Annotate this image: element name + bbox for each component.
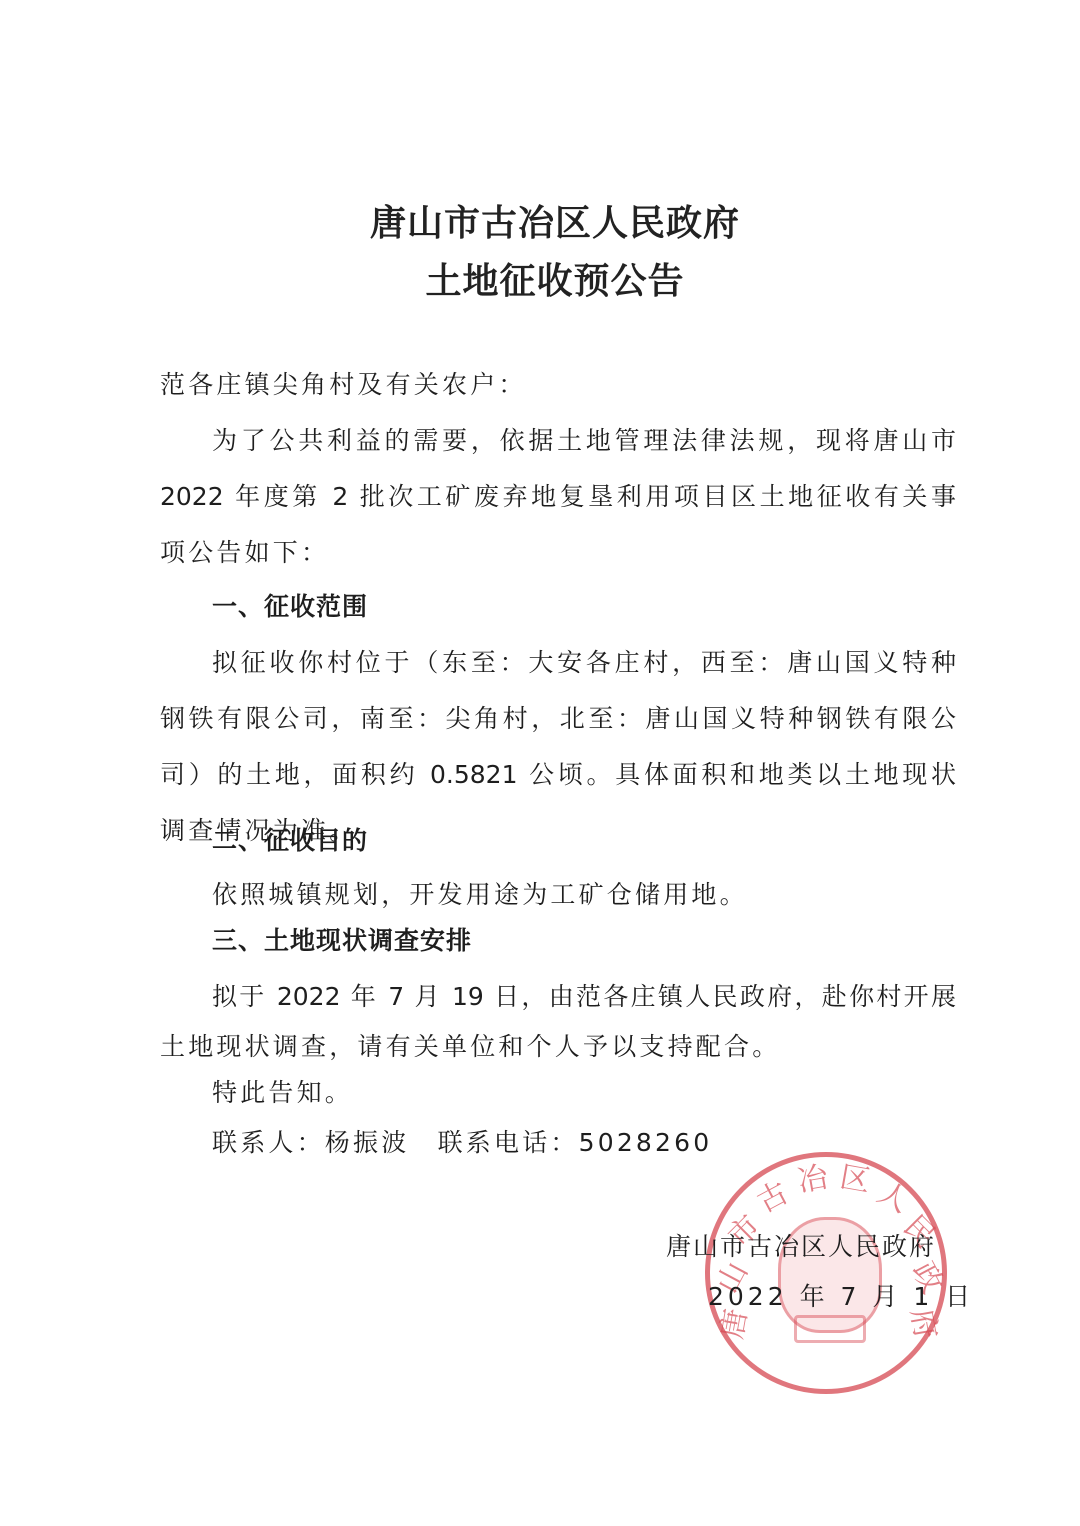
section-3-heading: 三、土地现状调查安排 — [212, 926, 1012, 956]
seal-char: 古 — [750, 1175, 796, 1221]
addressee: 范各庄镇尖角村及有关农户： — [160, 370, 960, 400]
signature-date: 2022 年 7 月 1 日 — [708, 1282, 974, 1312]
contact-line: 联系人：杨振波 联系电话：5028260 — [212, 1128, 1012, 1158]
section-3-line-2: 土地现状调查，请有关单位和个人予以支持配合。 — [160, 1032, 960, 1062]
emblem-base-icon — [794, 1315, 866, 1343]
intro-line-1: 为了公共利益的需要，依据土地管理法律法规，现将唐山市 — [212, 426, 956, 456]
document-title-line2: 土地征收预公告 — [15, 253, 1080, 304]
closing-line: 特此告知。 — [212, 1078, 1012, 1108]
section-1-line-2: 钢铁有限公司，南至：尖角村，北至：唐山国义特种钢铁有限公 — [160, 704, 956, 734]
signature-organization: 唐山市古冶区人民政府 — [666, 1232, 936, 1262]
section-2-heading: 二、征收目的 — [212, 826, 1012, 856]
seal-char: 人 — [870, 1175, 916, 1221]
seal-char: 冶 — [793, 1160, 832, 1199]
section-1-line-1: 拟征收你村位于（东至：大安各庄村，西至：唐山国义特种 — [212, 648, 956, 678]
section-3-line-1: 拟于 2022 年 7 月 19 日，由范各庄镇人民政府，赴你村开展 — [212, 982, 956, 1012]
section-1-heading: 一、征收范围 — [212, 592, 1012, 622]
intro-line-2: 2022 年度第 2 批次工矿废弃地复垦利用项目区土地征收有关事 — [160, 482, 956, 512]
intro-line-3: 项公告如下： — [160, 538, 960, 568]
section-2-line-1: 依照城镇规划，开发用途为工矿仓储用地。 — [212, 880, 1012, 910]
section-1-line-3: 司）的土地，面积约 0.5821 公顷。具体面积和地类以土地现状 — [160, 760, 956, 790]
document-page: 唐山市古冶区人民政府 土地征收预公告 范各庄镇尖角村及有关农户： 为了公共利益的… — [0, 0, 1080, 1526]
official-seal: 唐 山 市 古 冶 区 人 民 政 府 — [705, 1152, 947, 1394]
document-title-line1: 唐山市古冶区人民政府 — [15, 195, 1080, 246]
seal-char: 区 — [835, 1160, 874, 1199]
